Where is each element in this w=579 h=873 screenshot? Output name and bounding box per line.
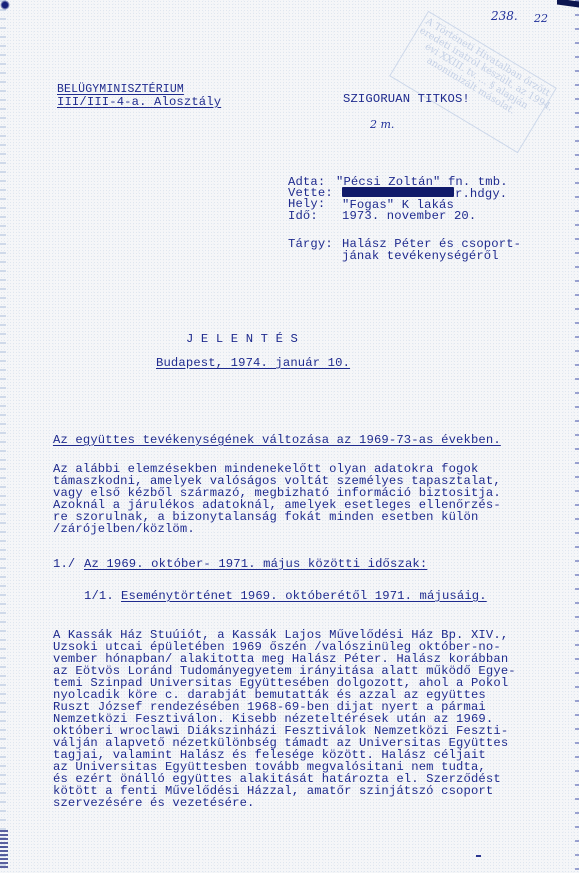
scan-edge-left [0, 0, 6, 873]
subsection-number: 1./ [53, 558, 75, 571]
scan-corner-blot [0, 0, 10, 10]
ink-speck [476, 855, 481, 857]
report-title: J E L E N T É S [186, 333, 298, 346]
department-name: III/III-4-a. Alosztály [57, 96, 221, 109]
subsection-heading: Az 1969. október- 1971. május közötti id… [84, 558, 427, 571]
subsection-number: 1/1. [84, 590, 114, 603]
redaction-bar [342, 187, 454, 197]
scan-edge-blot [0, 830, 8, 870]
meta-label-time: Idő: [288, 210, 318, 223]
place-date: Budapest, 1974. január 10. [156, 357, 350, 370]
copy-count: 2 m. [370, 118, 394, 131]
page-number: 22 [534, 12, 548, 25]
meta-value-received-by: r.hdgy. [455, 188, 507, 201]
scan-corner-shadow [557, 0, 579, 8]
archive-stamp: A Történeti Hivatalban őrzött eredeti ir… [389, 11, 557, 153]
classification-mark: SZIGORUAN TITKOS! [343, 93, 470, 106]
meta-value-time: 1973. november 20. [342, 210, 476, 223]
folio-number: 238. [491, 9, 518, 23]
scan-edge-right [575, 0, 579, 873]
meta-label-subject: Tárgy: [288, 238, 333, 251]
meta-subject-line: jának tevékenységéről [342, 250, 499, 263]
text-line: szervezésére és vezetésére. [53, 797, 255, 810]
subsection-heading: Eseménytörténet 1969. októberétől 1971. … [121, 590, 487, 603]
section-heading: Az együttes tevékenységének változása az… [53, 434, 501, 447]
text-line: /zárójelben/közlöm. [53, 523, 195, 536]
